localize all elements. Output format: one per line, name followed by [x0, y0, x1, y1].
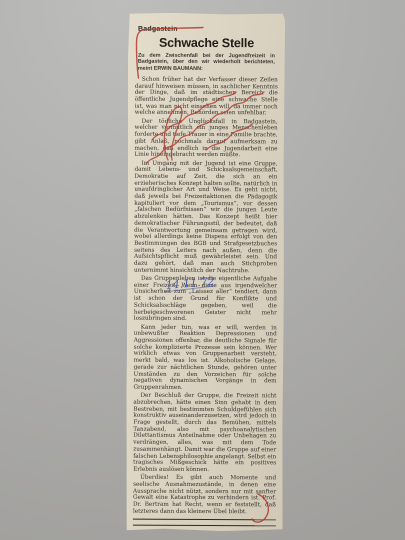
article-paragraph: Im Umgang mit der Jugend ist eine Gruppe…	[134, 160, 277, 275]
article-paragraph: Überdies! Es gibt auch Momente und seeli…	[133, 475, 276, 516]
article-paragraph: Das Gruppenleben ist die eigentliche Auf…	[134, 276, 277, 324]
kicker: Badgastein	[135, 26, 278, 34]
photo-of-newspaper-clipping: Badgastein Schwache Stelle Zu dem Zwisch…	[0, 0, 405, 540]
newspaper-clipping: Badgastein Schwache Stelle Zu dem Zwisch…	[126, 13, 285, 532]
article-paragraph: Schon früher hat der Verfasser dieser Ze…	[135, 77, 278, 118]
lede: Zu dem Zwischenfall bei der Jugendfreize…	[138, 53, 275, 72]
headline: Schwache Stelle	[135, 36, 278, 51]
article-paragraph: Der tödliche Unglücksfall in Badgastein,…	[134, 118, 277, 159]
article-paragraph: Der Beschluß der Gruppe, die Freizeit ni…	[133, 393, 276, 474]
end-of-article-rule	[133, 519, 276, 527]
article-paragraph: Kann jeder tun, was er will, werden in u…	[133, 324, 276, 392]
